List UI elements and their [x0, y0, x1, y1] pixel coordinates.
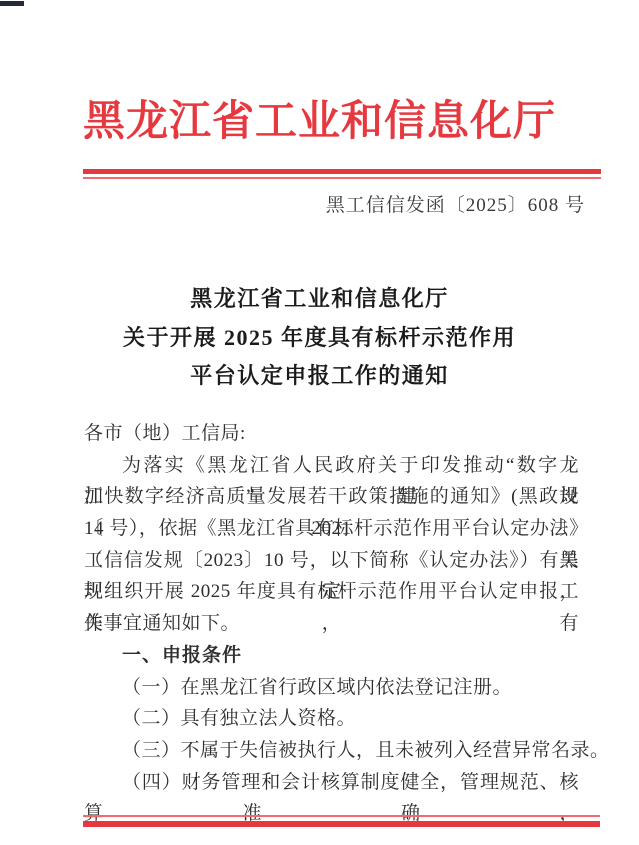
body-list-item-3: （三）不属于失信被执行人，且未被列入经营异常名录。 — [84, 735, 579, 767]
body-paragraph-line: 14 号），依据《黑龙江省具有标杆示范作用平台认定办法》（黑 — [84, 513, 579, 545]
notice-title-line-3: 平台认定申报工作的通知 — [0, 357, 639, 396]
scanned-notice-page: 黑龙江省工业和信息化厅 黑工信信发函〔2025〕608 号 黑龙江省工业和信息化… — [0, 0, 639, 845]
footer-divider-rule — [83, 815, 600, 827]
body-section-heading: 一、申报条件 — [84, 640, 579, 672]
masthead-rule-thick-bar — [83, 169, 601, 174]
masthead-agency-title: 黑龙江省工业和信息化厅 — [0, 88, 639, 148]
body-list-item-1: （一）在黑龙江省行政区域内依法登记注册。 — [84, 672, 579, 704]
notice-title-line-1: 黑龙江省工业和信息化厅 — [0, 280, 639, 319]
body-list-item-4: （四）财务管理和会计核算制度健全，管理规范、核算准确， — [84, 767, 579, 799]
body-paragraph-line: 为落实《黑龙江省人民政府关于印发推动“数字龙江”建设 — [84, 450, 579, 482]
masthead-rule-thin-bar — [83, 177, 601, 179]
scan-artifact-mark — [0, 1, 24, 6]
body-paragraph-line: 加快数字经济高质量发展若干政策措施的通知》(黑政规〔2021〕 — [84, 481, 579, 513]
footer-rule-thick-bar — [83, 821, 600, 827]
masthead-divider-rule — [83, 169, 601, 179]
notice-title: 黑龙江省工业和信息化厅 关于开展 2025 年度具有标杆示范作用 平台认定申报工… — [0, 280, 639, 396]
footer-rule-thin-bar — [83, 815, 600, 817]
body-paragraph-line: 现组织开展 2025 年度具有标杆示范作用平台认定申报工作，有 — [84, 576, 579, 608]
notice-title-line-2: 关于开展 2025 年度具有标杆示范作用 — [0, 319, 639, 358]
body-salutation: 各市（地）工信局: — [84, 418, 579, 450]
body-list-item-2: （二）具有独立法人资格。 — [84, 703, 579, 735]
document-number: 黑工信信发函〔2025〕608 号 — [326, 190, 585, 217]
body-paragraph-line: 工信信发规〔2023〕10 号，以下简称《认定办法》）有关规定， — [84, 545, 579, 577]
notice-body: 各市（地）工信局: 为落实《黑龙江省人民政府关于印发推动“数字龙江”建设 加快数… — [84, 418, 579, 798]
